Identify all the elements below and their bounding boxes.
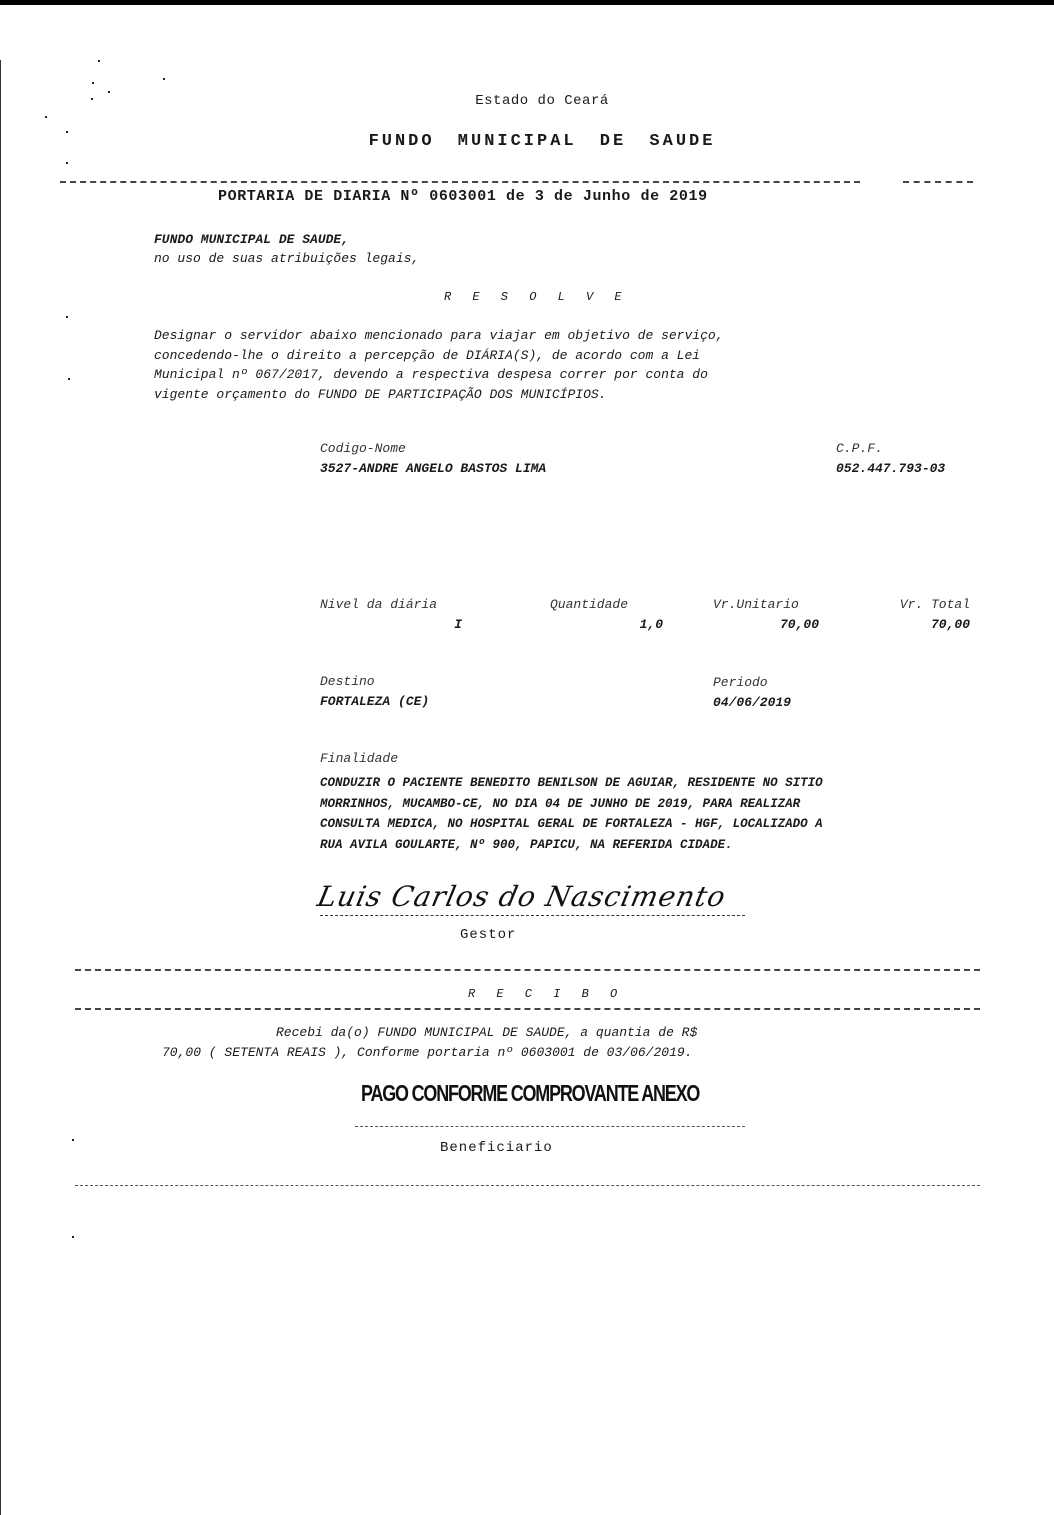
organization-title: FUNDO MUNICIPAL DE SAUDE [0,132,1054,151]
scan-speck [66,162,68,164]
signature-line [320,915,745,916]
vr-total-label: Vr. Total [860,597,970,612]
beneficiary-label: Beneficiario [440,1140,553,1156]
scan-top-border [0,0,1054,5]
separator-line [75,1008,980,1010]
scan-speck [68,378,70,380]
separator-line [903,181,973,183]
resolution-line: Designar o servidor abaixo mencionado pa… [154,326,724,346]
separator-line [75,969,980,971]
finalidade-label: Finalidade [320,751,398,766]
recibo-heading: R E C I B O [468,987,624,1001]
cpf-label: C.P.F. [836,441,883,456]
handwritten-signature: Luis Carlos do Nascimento [314,880,729,913]
recibo-text-line: 70,00 ( SETENTA REAIS ), Conforme portar… [162,1045,693,1060]
quantidade-value: 1,0 [550,617,663,632]
beneficiary-signature-line [355,1126,745,1127]
state-name: Estado do Ceará [0,93,1054,109]
finalidade-line: CONSULTA MEDICA, NO HOSPITAL GERAL DE FO… [320,814,823,835]
finalidade-line: CONDUZIR O PACIENTE BENEDITO BENILSON DE… [320,773,823,794]
periodo-value: 04/06/2019 [713,695,791,710]
vr-unitario-label: Vr.Unitario [713,597,799,612]
nivel-value: I [320,617,462,632]
scan-left-edge [0,60,1,1515]
paid-stamp: PAGO CONFORME COMPROVANTE ANEXO [361,1080,699,1107]
separator-line [75,1185,980,1186]
scan-speck [72,1236,74,1238]
resolution-line: concedendo-lhe o direito a percepção de … [154,346,724,366]
scan-speck [163,78,165,80]
finalidade-text: CONDUZIR O PACIENTE BENEDITO BENILSON DE… [320,773,823,855]
scan-speck [92,82,94,84]
separator-line [60,181,860,183]
scan-speck [98,60,100,62]
vr-total-value: 70,00 [860,617,970,632]
codigo-nome-label: Codigo-Nome [320,441,406,456]
scan-speck [66,316,68,318]
preamble-organization: FUNDO MUNICIPAL DE SAUDE, [154,232,349,247]
preamble-attributions: no uso de suas atribuições legais, [154,251,419,266]
resolution-line: Municipal nº 067/2017, devendo a respect… [154,365,724,385]
destino-label: Destino [320,674,375,689]
nivel-label: Nivel da diária [320,597,437,612]
quantidade-label: Quantidade [550,597,628,612]
periodo-label: Periodo [713,675,768,690]
signer-role: Gestor [460,927,516,943]
destino-value: FORTALEZA (CE) [320,694,429,709]
portaria-title: PORTARIA DE DIARIA Nº 0603001 de 3 de Ju… [218,188,708,205]
cpf-value: 052.447.793-03 [836,461,945,476]
resolution-text: Designar o servidor abaixo mencionado pa… [154,326,724,404]
finalidade-line: RUA AVILA GOULARTE, Nº 900, PAPICU, NA R… [320,835,823,856]
finalidade-line: MORRINHOS, MUCAMBO-CE, NO DIA 04 DE JUNH… [320,794,823,815]
resolution-line: vigente orçamento do FUNDO DE PARTICIPAÇ… [154,385,724,405]
codigo-nome-value: 3527-ANDRE ANGELO BASTOS LIMA [320,461,546,476]
recibo-text-line: Recebi da(o) FUNDO MUNICIPAL DE SAUDE, a… [276,1025,697,1040]
scan-speck [72,1139,74,1141]
vr-unitario-value: 70,00 [713,617,819,632]
scan-speck [45,116,47,118]
resolve-heading: R E S O L V E [444,290,629,304]
